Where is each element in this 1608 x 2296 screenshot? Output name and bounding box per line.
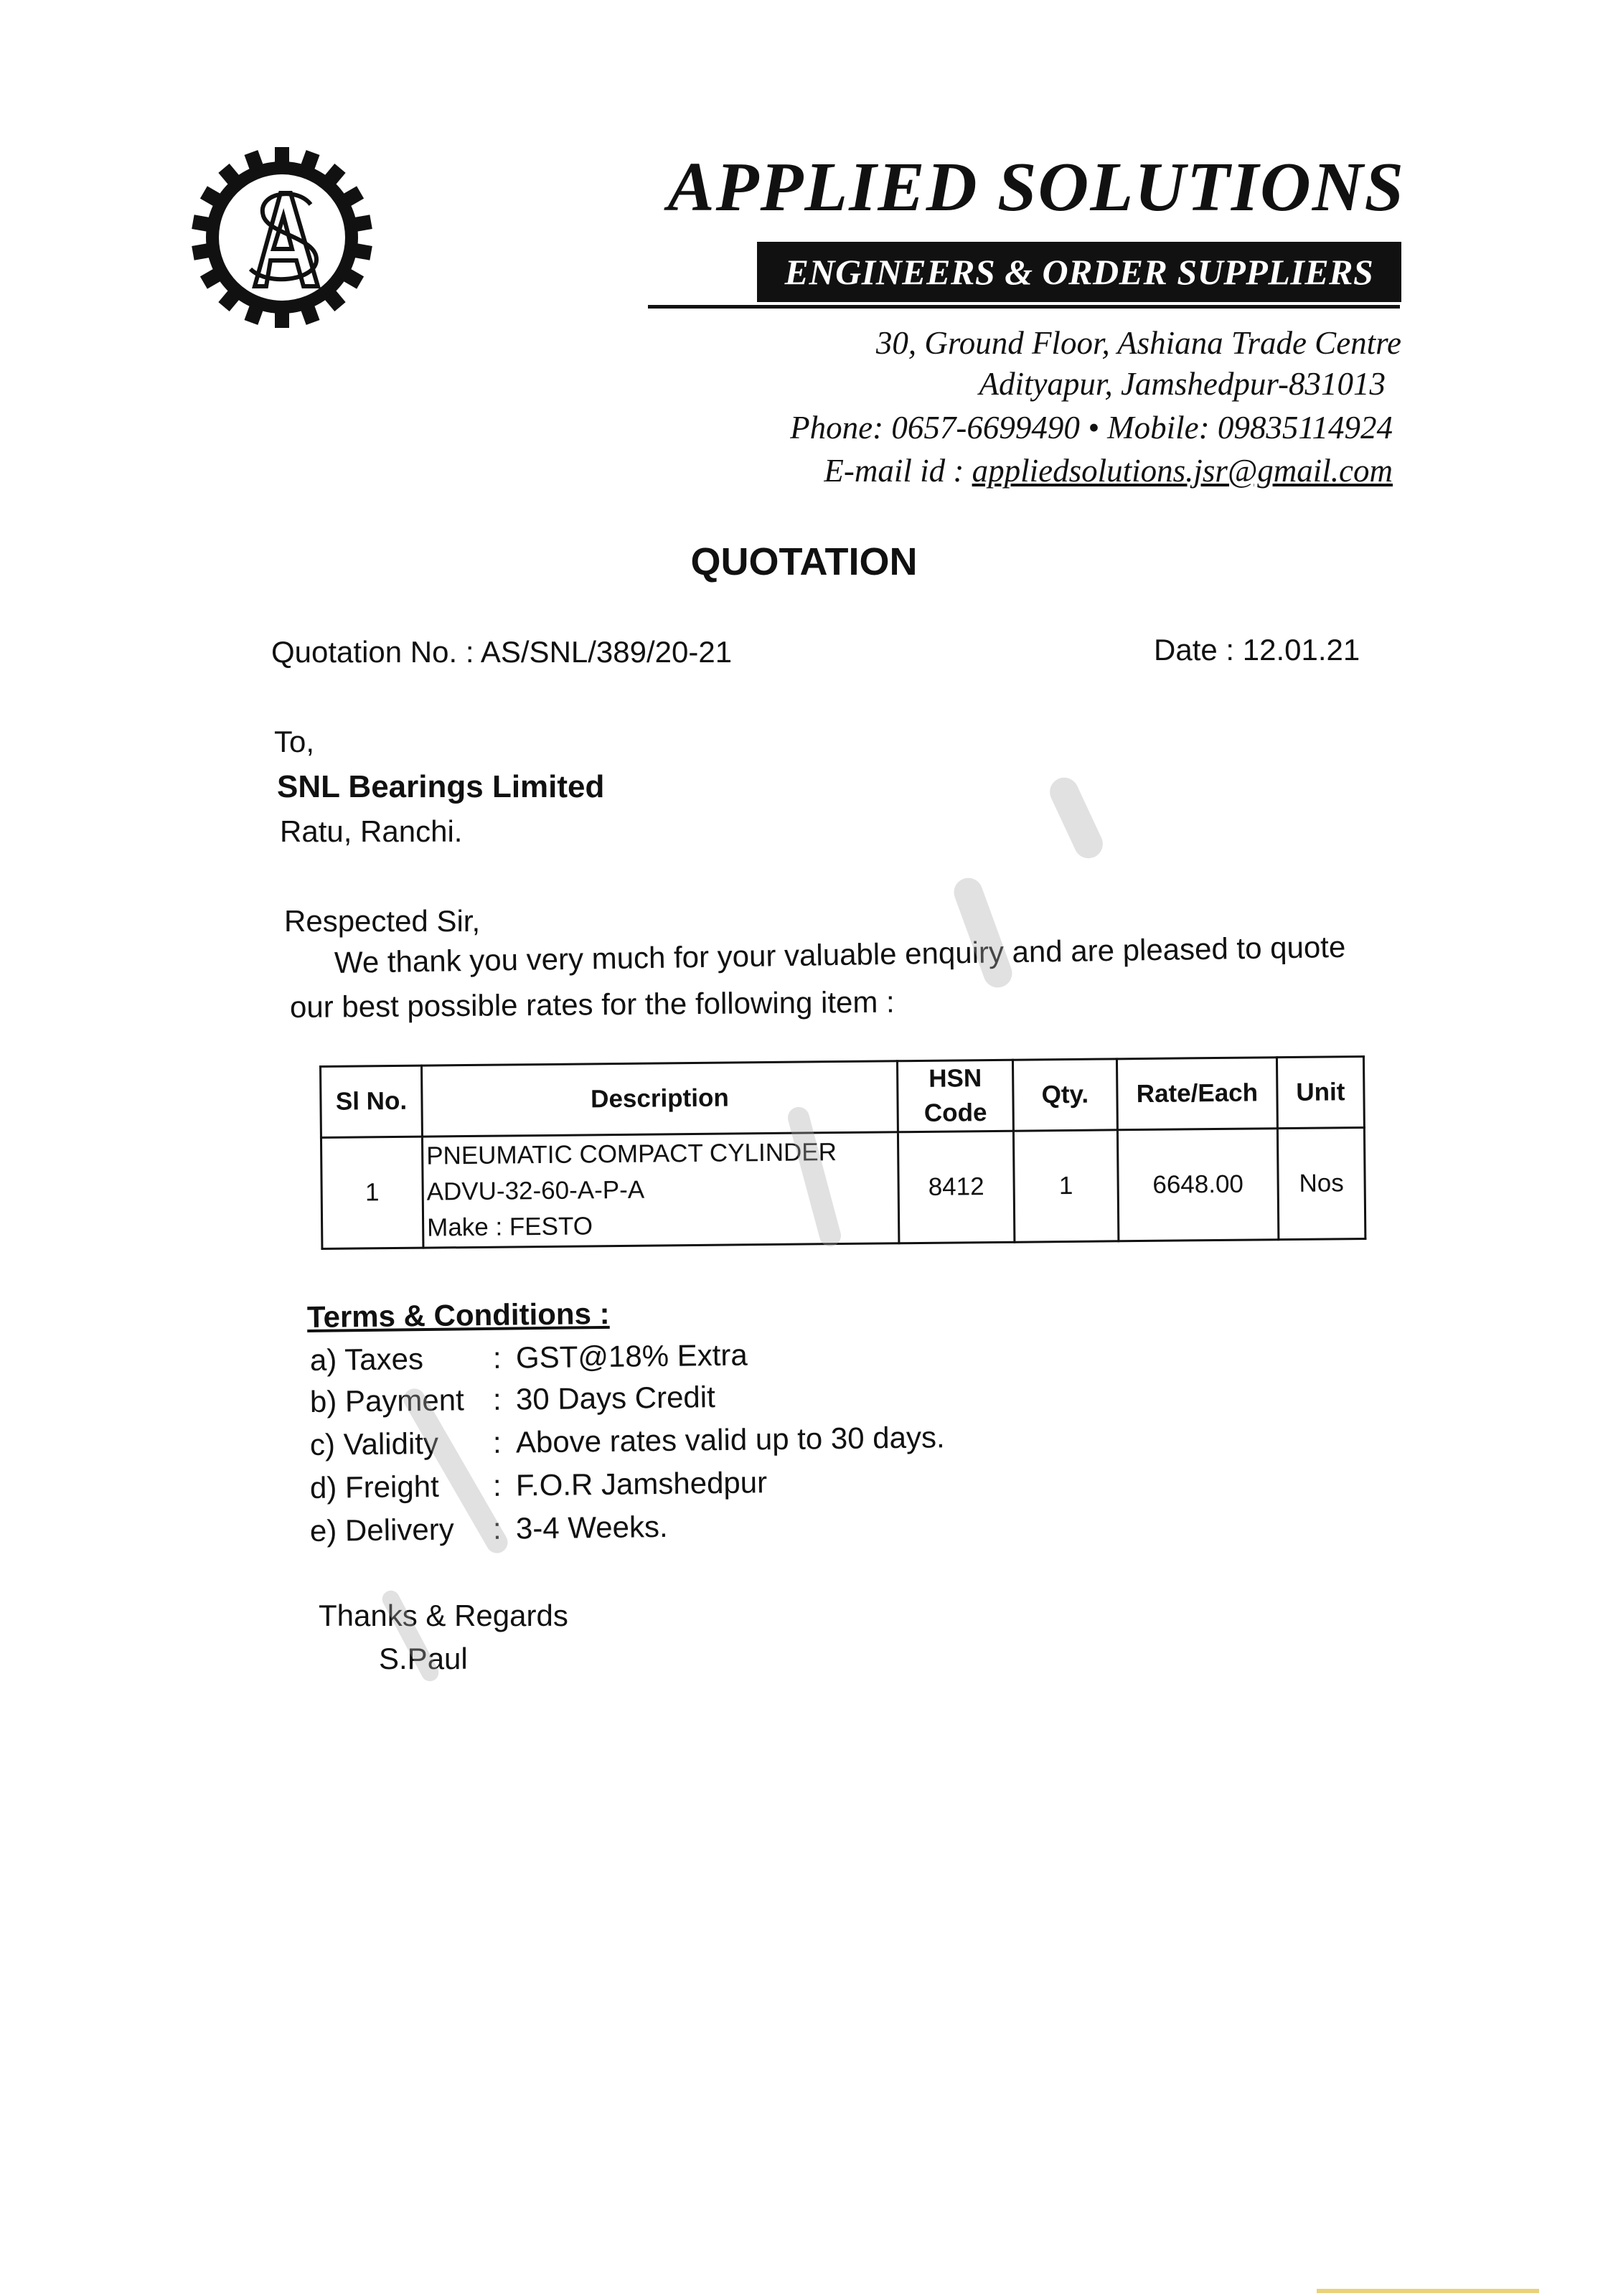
to-label: To, [274,725,314,759]
header-hsn-line-1: HSN [906,1061,1005,1096]
table-header-row: Sl No. Description HSN Code Qty. Rate/Ea… [321,1057,1365,1138]
date-label: Date : [1154,633,1234,667]
salutation: Respected Sir, [284,904,480,938]
description-line-1: PNEUMATIC COMPACT CYLINDER [426,1134,896,1174]
stamp-smear [1045,773,1108,863]
cell-unit: Nos [1277,1128,1365,1240]
email-label: E-mail id : [824,453,964,489]
date-value: 12.01.21 [1243,633,1360,667]
document-title: QUOTATION [0,540,1608,584]
term-key: b) Payment [310,1383,494,1419]
mobile-label: Mobile: [1107,410,1209,446]
company-tagline: ENGINEERS & ORDER SUPPLIERS [785,251,1374,293]
term-separator: : [493,1382,517,1416]
header-hsn-line-2: Code [906,1096,1005,1131]
recipient-address: Ratu, Ranchi. [280,814,462,849]
header-hsn-code: HSN Code [897,1060,1013,1132]
term-key: e) Delivery [310,1512,494,1548]
bullet-separator: • [1088,410,1099,446]
quotation-number-value: AS/SNL/389/20-21 [481,635,732,669]
quotation-date: Date : 12.01.21 [1154,633,1360,667]
address-line-2: Adityapur, Jamshedpur-831013 [979,365,1386,403]
email-line: E-mail id : appliedsolutions.jsr@gmail.c… [824,452,1393,489]
closing-text: Thanks & Regards [319,1599,568,1633]
term-value: 3-4 Weeks. [516,1510,668,1545]
contact-line: Phone: 0657-6699490 • Mobile: 0983511492… [790,409,1393,446]
header-qty: Qty. [1012,1059,1117,1131]
tagline-banner: ENGINEERS & ORDER SUPPLIERS [757,242,1401,302]
header-description: Description [422,1061,898,1137]
term-value: F.O.R Jamshedpur [516,1465,768,1502]
scan-edge-mark [1317,2289,1539,2293]
term-value: GST@18% Extra [516,1338,748,1375]
company-name: APPLIED SOLUTIONS [637,147,1405,227]
stamp-smear [950,874,1016,992]
company-logo-gear-icon [188,143,376,331]
phone-number: 0657-6699490 [891,410,1080,446]
recipient-name: SNL Bearings Limited [277,769,604,805]
quotation-number: Quotation No. : AS/SNL/389/20-21 [271,635,732,669]
items-table: Sl No. Description HSN Code Qty. Rate/Ea… [319,1055,1366,1250]
term-value: Above rates valid up to 30 days. [516,1420,945,1459]
term-freight: d) Freight:F.O.R Jamshedpur [310,1462,1028,1505]
term-taxes: a) Taxes:GST@18% Extra [310,1335,1028,1378]
term-separator: : [493,1468,517,1502]
quotation-number-label: Quotation No. : [271,635,474,669]
term-key: a) Taxes [310,1341,494,1378]
header-unit: Unit [1276,1057,1364,1129]
term-separator: : [493,1425,517,1459]
cell-qty: 1 [1013,1130,1118,1242]
address-line-1: 30, Ground Floor, Ashiana Trade Centre [876,324,1401,362]
term-delivery: e) Delivery:3-4 Weeks. [310,1505,1028,1548]
body-text-line-2: our best possible rates for the followin… [290,985,895,1025]
header-divider [648,305,1400,309]
cell-hsn-code: 8412 [898,1131,1014,1243]
email-link[interactable]: appliedsolutions.jsr@gmail.com [972,453,1393,489]
table-row: 1 PNEUMATIC COMPACT CYLINDER ADVU-32-60-… [321,1128,1365,1249]
cell-rate: 6648.00 [1117,1129,1278,1241]
header-rate: Rate/Each [1116,1058,1277,1130]
term-value: 30 Days Credit [516,1380,715,1416]
terms-title: Terms & Conditions : [307,1297,610,1335]
term-separator: : [493,1340,517,1375]
header-sl-no: Sl No. [321,1065,423,1137]
phone-label: Phone: [790,410,883,446]
term-key: c) Validity [310,1426,494,1462]
body-text-line-1: We thank you very much for your valuable… [334,930,1346,980]
mobile-number: 09835114924 [1218,410,1393,446]
cell-sl-no: 1 [321,1137,423,1248]
